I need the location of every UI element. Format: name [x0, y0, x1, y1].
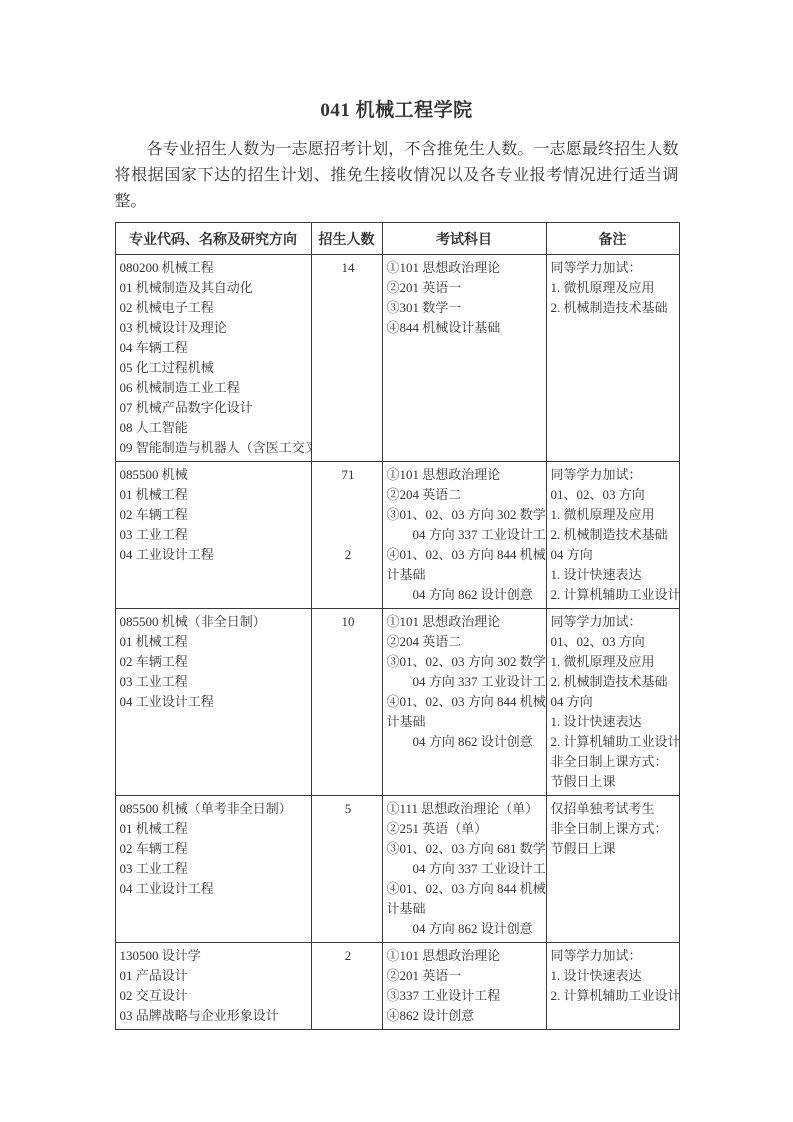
notes-cell: 同等学力加试： 1. 设计快速表达 2. 计算机辅助工业设计 [546, 943, 679, 1030]
column-header-notes: 备注 [546, 223, 679, 255]
exam-subjects-cell: ①101 思想政治理论 ②201 英语一 ③301 数学一 ④844 机械设计基… [382, 255, 546, 462]
column-header-program: 专业代码、名称及研究方向 [115, 223, 311, 255]
intro-paragraph: 各专业招生人数为一志愿招考计划，不含推免生人数。一志愿最终招生人数将根据国家下达… [115, 137, 679, 215]
table-row: 085500 机械 01 机械工程 02 车辆工程 03 工业工程 04 工业设… [115, 462, 679, 609]
program-cell: 080200 机械工程 01 机械制造及其自动化 02 机械电子工程 03 机械… [115, 255, 311, 462]
quota-cell: 71 2 [311, 462, 382, 609]
notes-cell: 同等学力加试： 1. 微机原理及应用 2. 机械制造技术基础 [546, 255, 679, 462]
admissions-table: 专业代码、名称及研究方向 招生人数 考试科目 备注 080200 机械工程 01… [115, 222, 680, 1030]
header-row: 专业代码、名称及研究方向 招生人数 考试科目 备注 [115, 223, 679, 255]
notes-cell: 同等学力加试： 01、02、03 方向 1. 微机原理及应用 2. 机械制造技术… [546, 609, 679, 796]
table-row: 085500 机械（单考非全日制） 01 机械工程 02 车辆工程 03 工业工… [115, 796, 679, 943]
column-header-exam-subjects: 考试科目 [382, 223, 546, 255]
program-cell: 085500 机械（非全日制） 01 机械工程 02 车辆工程 03 工业工程 … [115, 609, 311, 796]
column-header-quota: 招生人数 [311, 223, 382, 255]
exam-subjects-cell: ①101 思想政治理论 ②204 英语二 ③01、02、03 方向 302 数学… [382, 609, 546, 796]
exam-subjects-cell: ①111 思想政治理论（单） ②251 英语（单） ③01、02、03 方向 6… [382, 796, 546, 943]
program-cell: 085500 机械（单考非全日制） 01 机械工程 02 车辆工程 03 工业工… [115, 796, 311, 943]
quota-cell: 5 [311, 796, 382, 943]
program-cell: 130500 设计学 01 产品设计 02 交互设计 03 品牌战略与企业形象设… [115, 943, 311, 1030]
notes-cell: 同等学力加试： 01、02、03 方向 1. 微机原理及应用 2. 机械制造技术… [546, 462, 679, 609]
notes-cell: 仅招单独考试考生 非全日制上课方式： 节假日上课 [546, 796, 679, 943]
exam-subjects-cell: ①101 思想政治理论 ②204 英语二 ③01、02、03 方向 302 数学… [382, 462, 546, 609]
page-title: 041 机械工程学院 [115, 95, 679, 122]
quota-cell: 14 [311, 255, 382, 462]
quota-cell: 2 [311, 943, 382, 1030]
exam-subjects-cell: ①101 思想政治理论 ②201 英语一 ③337 工业设计工程 ④862 设计… [382, 943, 546, 1030]
table-row: 130500 设计学 01 产品设计 02 交互设计 03 品牌战略与企业形象设… [115, 943, 679, 1030]
table-row: 080200 机械工程 01 机械制造及其自动化 02 机械电子工程 03 机械… [115, 255, 679, 462]
quota-cell: 10 [311, 609, 382, 796]
table-row: 085500 机械（非全日制） 01 机械工程 02 车辆工程 03 工业工程 … [115, 609, 679, 796]
document-page: 041 机械工程学院 各专业招生人数为一志愿招考计划，不含推免生人数。一志愿最终… [115, 0, 679, 1030]
program-cell: 085500 机械 01 机械工程 02 车辆工程 03 工业工程 04 工业设… [115, 462, 311, 609]
